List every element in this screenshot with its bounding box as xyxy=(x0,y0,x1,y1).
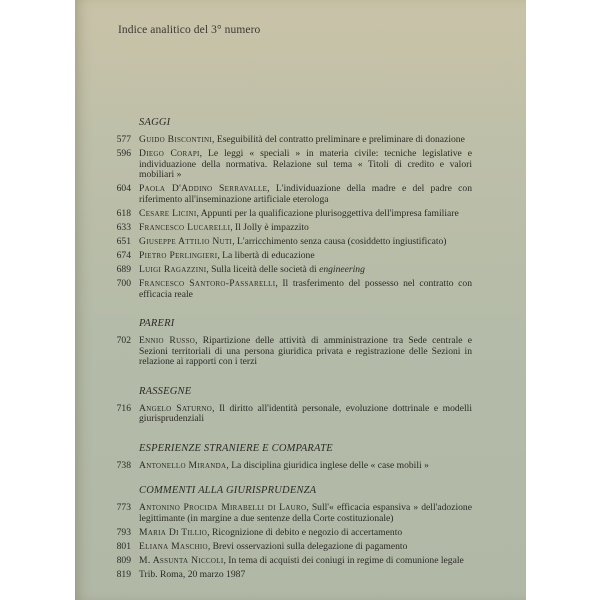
page-number: 773 xyxy=(111,503,131,524)
section-commenti: COMMENTI ALLA GIURISPRUDENZA 773Antonino… xyxy=(97,485,472,580)
entry-title: , Brevi osservazioni sulla delegazione d… xyxy=(208,541,408,552)
toc-entry: 604Paola D'Addino Serravalle, L'individu… xyxy=(97,184,472,205)
author: Paola D'Addino Serravalle xyxy=(139,183,267,194)
page-number: 809 xyxy=(111,556,131,567)
page-number: 716 xyxy=(111,404,131,425)
section-title: ESPERIENZE STRANIERE E COMPARATE xyxy=(139,443,472,454)
author: Pietro Perlingieri xyxy=(139,250,217,261)
page-number: 700 xyxy=(111,279,131,300)
page-number: 793 xyxy=(111,528,131,539)
toc-entry: 801Eliana Maschio, Brevi osservazioni su… xyxy=(97,542,472,553)
page-number: 618 xyxy=(111,209,131,220)
page-number: 651 xyxy=(111,237,131,248)
toc-entry: 633Francesco Lucarelli, Il Jolly è impaz… xyxy=(97,223,472,234)
entry-title: , La disciplina giuridica inglese delle … xyxy=(226,460,428,471)
entry-title: , In tema di acquisti dei coniugi in reg… xyxy=(223,555,463,566)
toc-entry: 702Ennio Russo, Ripartizione delle attiv… xyxy=(97,336,472,368)
page-number: 689 xyxy=(111,265,131,276)
toc-entry: 700Francesco Santoro-Passarelli, Il tras… xyxy=(97,279,472,300)
section-saggi: SAGGI 577Guido Biscontini, Eseguibilità … xyxy=(97,117,472,300)
toc-entry: 716Angelo Saturno, Il diritto all'identi… xyxy=(97,404,472,425)
entry-title: , L'arricchimento senza causa (cosiddett… xyxy=(232,236,446,247)
toc-entry: 819Trib. Roma, 20 marzo 1987 xyxy=(97,570,472,581)
author: Diego Corapi xyxy=(139,148,200,159)
author: Ennio Russo xyxy=(139,335,195,346)
author: Guido Biscontini xyxy=(139,134,212,145)
page-number: 633 xyxy=(111,223,131,234)
book-page: Indice analitico del 3° numero SAGGI 577… xyxy=(75,0,526,600)
page-number: 819 xyxy=(111,570,131,581)
page-number: 577 xyxy=(111,135,131,146)
page-number: 801 xyxy=(111,542,131,553)
toc-entry: 738Antonello Miranda, La disciplina giur… xyxy=(97,461,472,472)
table-of-contents: SAGGI 577Guido Biscontini, Eseguibilità … xyxy=(97,117,472,594)
section-title: COMMENTI ALLA GIURISPRUDENZA xyxy=(139,485,472,496)
author: Maria Di Tillio xyxy=(139,527,207,538)
author: Angelo Saturno xyxy=(139,403,212,414)
entry-title: Trib. Roma, 20 marzo 1987 xyxy=(139,569,245,580)
entry-title: , Il Jolly è impazzito xyxy=(230,222,309,233)
toc-entry: 809M. Assunta Niccoli, In tema di acquis… xyxy=(97,556,472,567)
entry-title: , Eseguibilità del contratto preliminare… xyxy=(212,134,465,145)
section-title: PARERI xyxy=(139,318,472,329)
author: Francesco Lucarelli xyxy=(139,222,230,233)
author: Antonino Procida Mirabelli di Lauro xyxy=(139,502,306,513)
section-rassegne: RASSEGNE 716Angelo Saturno, Il diritto a… xyxy=(97,386,472,425)
entry-title-italic: engineering xyxy=(319,264,365,275)
toc-entry: 674Pietro Perlingieri, La libertà di edu… xyxy=(97,251,472,262)
toc-entry: 596Diego Corapi, Le leggi « speciali » i… xyxy=(97,149,472,181)
section-pareri: PARERI 702Ennio Russo, Ripartizione dell… xyxy=(97,318,472,368)
page-number: 738 xyxy=(111,461,131,472)
author: M. Assunta Niccoli xyxy=(139,555,223,566)
section-title: RASSEGNE xyxy=(139,386,472,397)
toc-entry: 689Luigi Ragazzini, Sulla liceità delle … xyxy=(97,265,472,276)
author: Eliana Maschio xyxy=(139,541,208,552)
page-number: 702 xyxy=(111,336,131,368)
toc-entry: 618Cesare Licini, Appunti per la qualifi… xyxy=(97,209,472,220)
toc-entry: 793Maria Di Tillio, Ricognizione di debi… xyxy=(97,528,472,539)
author: Giuseppe Attilio Nuti xyxy=(139,236,232,247)
toc-entry: 773Antonino Procida Mirabelli di Lauro, … xyxy=(97,503,472,524)
author: Luigi Ragazzini xyxy=(139,264,206,275)
author: Antonello Miranda xyxy=(139,460,226,471)
entry-title: , Ricognizione di debito e negozio di ac… xyxy=(207,527,402,538)
entry-title: , La libertà di educazione xyxy=(217,250,314,261)
toc-entry: 651Giuseppe Attilio Nuti, L'arricchiment… xyxy=(97,237,472,248)
author: Cesare Licini xyxy=(139,208,196,219)
section-esperienze: ESPERIENZE STRANIERE E COMPARATE 738Anto… xyxy=(97,443,472,472)
page-number: 674 xyxy=(111,251,131,262)
toc-entry: 577Guido Biscontini, Eseguibilità del co… xyxy=(97,135,472,146)
entry-title: , Appunti per la qualificazione plurisog… xyxy=(196,208,458,219)
page-number: 604 xyxy=(111,184,131,205)
section-title: SAGGI xyxy=(139,117,472,128)
running-head: Indice analitico del 3° numero xyxy=(118,24,260,36)
entry-title: , Sulla liceità delle società di xyxy=(206,264,319,275)
author: Francesco Santoro-Passarelli xyxy=(139,278,275,289)
page-number: 596 xyxy=(111,149,131,181)
